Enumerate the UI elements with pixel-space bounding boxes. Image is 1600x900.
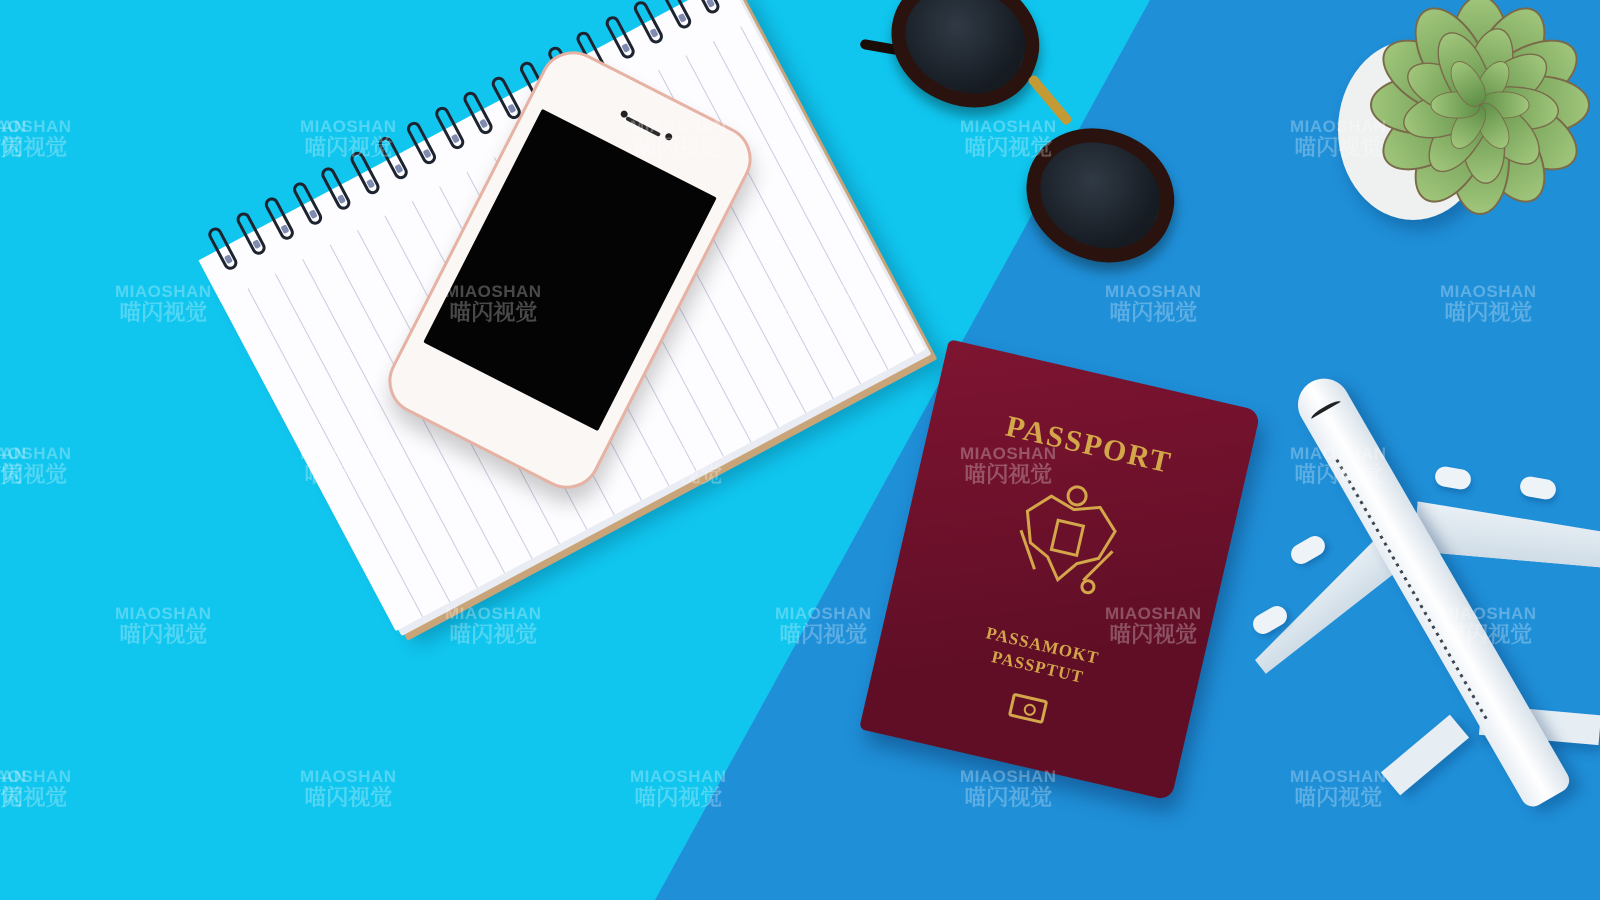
sunglasses-bridge bbox=[1027, 74, 1073, 126]
spiral-coil bbox=[234, 210, 268, 257]
passport-title: PASSPORT bbox=[929, 393, 1248, 498]
spiral-coil bbox=[461, 89, 495, 136]
spiral-coil bbox=[348, 150, 382, 197]
succulent-plant bbox=[1350, 0, 1600, 250]
airplane-tail-left bbox=[1381, 715, 1469, 796]
spiral-coil bbox=[404, 120, 438, 167]
spiral-coil bbox=[659, 0, 693, 31]
spiral-coil bbox=[631, 0, 665, 46]
spiral-coil bbox=[376, 135, 410, 182]
airplane-engine bbox=[1434, 465, 1473, 491]
airplane-cockpit bbox=[1309, 398, 1342, 422]
spiral-coil bbox=[433, 104, 467, 151]
travel-flatlay-scene: PASSPORT PASSAMOKT PASSPTUT MIAOSHA bbox=[0, 0, 1600, 900]
eagle-emblem-icon bbox=[1000, 470, 1134, 612]
spiral-coil bbox=[263, 195, 297, 242]
spiral-coil bbox=[489, 74, 523, 121]
sunglasses bbox=[860, 0, 1220, 300]
spiral-coil bbox=[291, 180, 325, 227]
spiral-coil bbox=[688, 0, 722, 16]
phone-sensor-icon bbox=[664, 132, 673, 141]
airplane-engine bbox=[1519, 475, 1558, 501]
spiral-coil bbox=[603, 14, 637, 61]
toy-airplane bbox=[1230, 360, 1600, 830]
sunglasses-lens-right bbox=[1007, 108, 1192, 281]
spiral-coil bbox=[319, 165, 353, 212]
sunglasses-lens-left bbox=[872, 0, 1057, 127]
biometric-chip-icon bbox=[1008, 693, 1048, 724]
airplane-engine bbox=[1287, 532, 1328, 567]
phone-speaker bbox=[625, 116, 661, 137]
